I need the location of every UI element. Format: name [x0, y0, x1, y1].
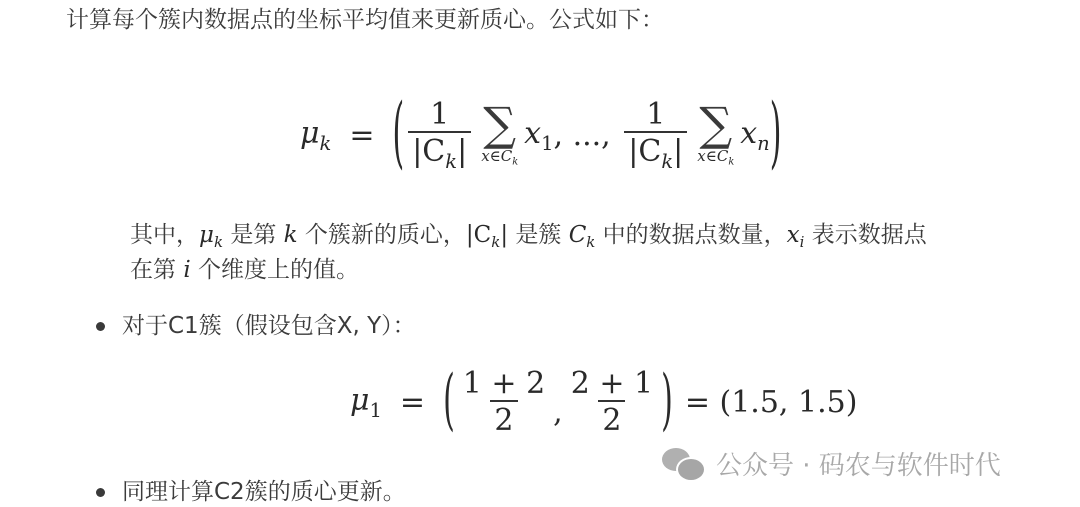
c1-centroid-formula: μ1 = ( 1 + 22 , 2 + 12 ) = (1.5, 1.5)	[350, 362, 857, 442]
fraction-1: 1 + 22	[459, 367, 549, 437]
summation-2: ∑ x∈Ck	[697, 103, 734, 167]
ellipsis: , ...,	[554, 118, 621, 153]
bullet-icon	[96, 322, 105, 331]
term-x1: x1	[524, 116, 553, 155]
bullet-c1-text: 对于C1簇（假设包含X, Y）：	[122, 311, 416, 341]
mu-k: μk	[300, 116, 331, 155]
fraction-1-over-ck: 1 |Ck|	[408, 98, 471, 172]
explanation-line-1: 其中，μk 是第 k 个簇新的质心，|Ck| 是簇 Ck 中的数据点数量，xi …	[130, 220, 927, 257]
term-xn: xn	[740, 116, 769, 155]
bullet-c2-text: 同理计算C2簇的质心更新。	[122, 477, 406, 507]
watermark: 公众号 · 码农与软件时代	[662, 445, 1001, 482]
intro-text: 计算每个簇内数据点的坐标平均值来更新质心。公式如下：	[66, 5, 664, 35]
centroid-formula: μk = ( 1 |Ck| ∑ x∈Ck x1 , ..., 1 |Ck| ∑ …	[300, 85, 781, 185]
result: = (1.5, 1.5)	[685, 385, 858, 420]
equals-sign: =	[349, 118, 374, 153]
summation: ∑ x∈Ck	[481, 103, 518, 167]
wechat-icon	[662, 446, 706, 482]
fraction-1-over-ck-2: 1 |Ck|	[624, 98, 687, 172]
bullet-icon	[96, 488, 105, 497]
close-paren: )	[770, 96, 782, 174]
open-paren: (	[392, 96, 404, 174]
watermark-text: 公众号 · 码农与软件时代	[716, 445, 1001, 482]
explanation-line-2: 在第 i 个维度上的值。	[130, 255, 359, 285]
fraction-2: 2 + 12	[567, 367, 657, 437]
